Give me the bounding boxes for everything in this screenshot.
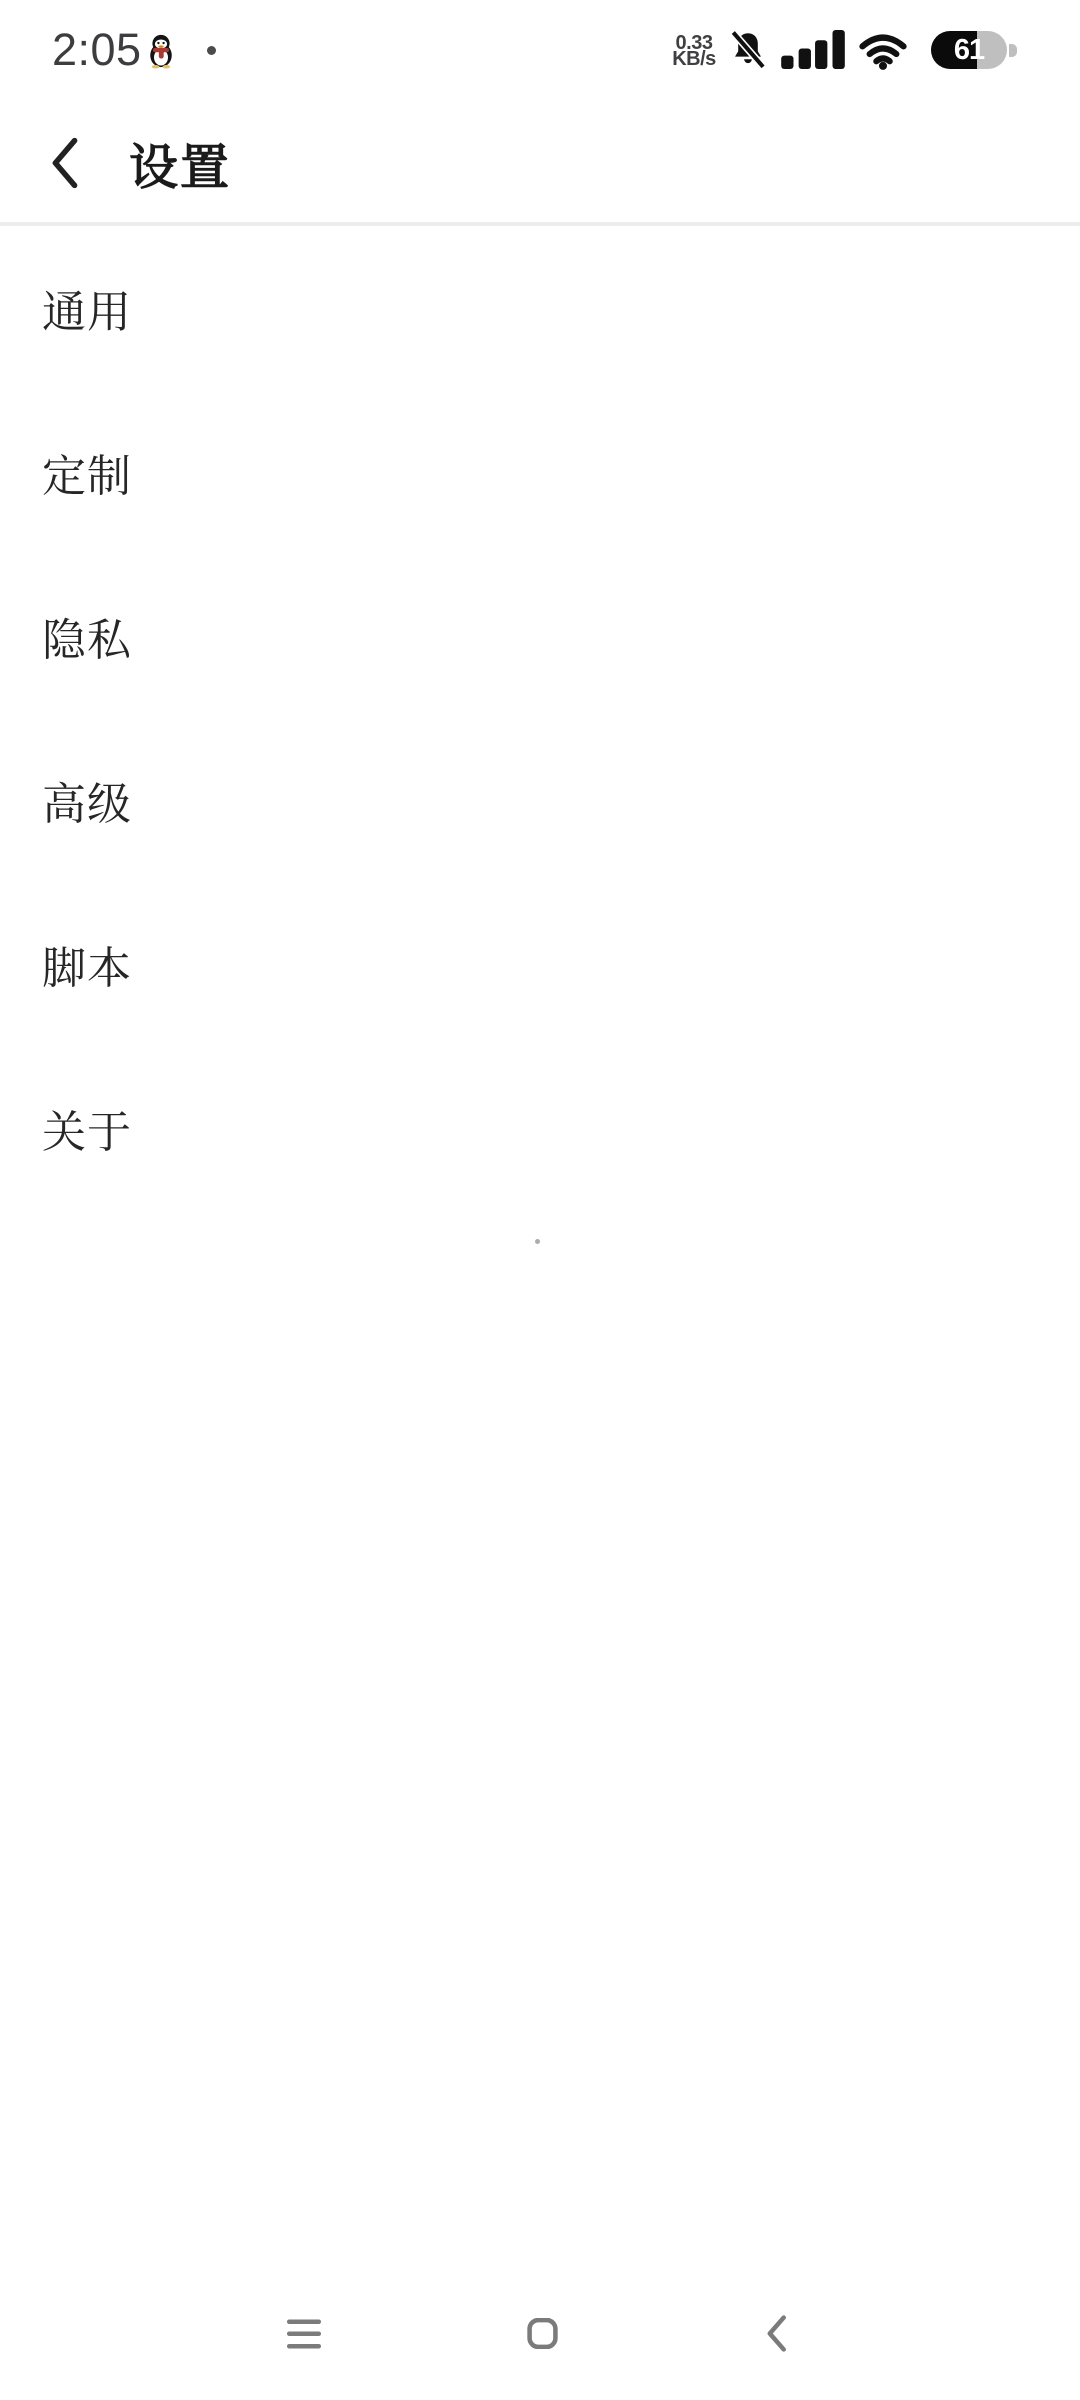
settings-screen: 2:05 0.33 KB/s	[0, 0, 1080, 2400]
menu-item-customization[interactable]: 定制	[0, 390, 1080, 554]
menu-item-about[interactable]: 关于	[0, 1046, 1080, 1210]
qq-penguin-icon	[147, 33, 175, 74]
recents-menu-icon	[287, 2319, 321, 2352]
back-chevron-icon	[765, 2315, 788, 2355]
menu-item-privacy[interactable]: 隐私	[0, 554, 1080, 718]
network-speed-indicator: 0.33 KB/s	[664, 35, 724, 67]
notification-dot-icon	[207, 46, 216, 55]
cellular-signal-icon	[781, 30, 845, 74]
bell-slash-icon	[727, 29, 769, 76]
home-icon	[527, 2318, 558, 2352]
wifi-icon	[858, 33, 908, 75]
menu-item-label: 定制	[42, 440, 132, 504]
nav-back-button[interactable]	[728, 2270, 824, 2400]
nav-bar	[0, 2270, 1080, 2400]
menu-item-label: 隐私	[42, 604, 132, 668]
menu-item-scripts[interactable]: 脚本	[0, 882, 1080, 1046]
nav-home-button[interactable]	[494, 2270, 590, 2400]
settings-menu: 通用 定制 隐私 高级 脚本 关于	[0, 226, 1080, 1210]
network-speed-unit: KB/s	[664, 51, 724, 67]
status-bar: 2:05 0.33 KB/s	[0, 0, 1080, 100]
app-header: 设置	[0, 108, 1080, 220]
menu-item-label: 关于	[42, 1096, 132, 1160]
menu-item-label: 通用	[42, 276, 132, 340]
menu-item-general[interactable]: 通用	[0, 226, 1080, 390]
page-title: 设置	[129, 108, 231, 220]
battery-percent: 61	[931, 31, 1007, 69]
clock: 2:05	[52, 0, 142, 100]
battery-indicator: 61	[931, 31, 1007, 69]
menu-item-advanced[interactable]: 高级	[0, 718, 1080, 882]
menu-item-label: 高级	[42, 768, 132, 832]
battery-cap	[1009, 44, 1017, 57]
menu-item-label: 脚本	[42, 932, 132, 996]
nav-recents-button[interactable]	[256, 2270, 352, 2400]
screen-artifact-dot	[535, 1239, 540, 1244]
chevron-left-icon	[49, 136, 81, 193]
back-button[interactable]	[30, 114, 100, 214]
